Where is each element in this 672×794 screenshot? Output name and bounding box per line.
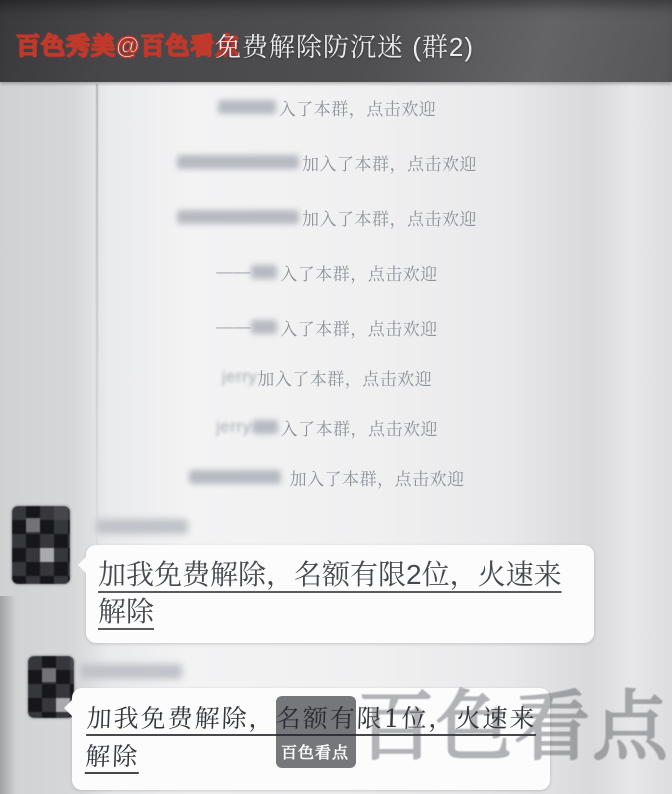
member-name-prefix: jerry: [222, 367, 258, 387]
system-message[interactable]: jerry 加入了本群，点击欢迎: [92, 366, 562, 388]
member-name-prefix: jerry: [216, 417, 252, 437]
system-message-list: 入了本群，点击欢迎 加入了本群，点击欢迎 加入了本群，点击欢迎 —— 入了本群，…: [92, 96, 562, 516]
system-message-text: 加入了本群，点击欢迎: [302, 150, 477, 175]
system-message-text: 入了本群，点击欢迎: [279, 95, 437, 120]
system-message-text: 加入了本群，点击欢迎: [302, 205, 477, 230]
redacted-sender-name: [80, 664, 182, 679]
system-message-text: 加入了本群，点击欢迎: [257, 365, 432, 390]
watermark-big-text: 百色看点: [358, 688, 672, 768]
chat-screenshot: 百色秀美@百色看点 免费解除防沉迷 (群2) 入了本群，点击欢迎 加入了本群，点…: [0, 0, 672, 794]
system-message[interactable]: 加入了本群，点击欢迎: [92, 206, 562, 228]
redacted-name: [252, 420, 278, 434]
system-message[interactable]: —— 入了本群，点击欢迎: [92, 316, 562, 338]
system-message-text: 入了本群，点击欢迎: [280, 315, 438, 340]
system-message[interactable]: 加入了本群，点击欢迎: [92, 151, 562, 173]
redacted-name: [251, 320, 277, 334]
member-name-prefix: ——: [216, 262, 251, 282]
redacted-sender-name: [96, 519, 188, 534]
system-message-text: 入了本群，点击欢迎: [281, 415, 439, 440]
redacted-name: [251, 265, 277, 279]
system-message[interactable]: 加入了本群，点击欢迎: [92, 466, 562, 488]
message-text: 加我免费解除，名额有限2位，火速来解除: [98, 556, 582, 630]
system-message[interactable]: 入了本群，点击欢迎: [92, 96, 562, 118]
watermark-badge: 百色秀美@百色看点: [16, 26, 240, 61]
scan-corner-shadow: [0, 596, 16, 794]
redacted-name: [177, 210, 299, 224]
chat-title: 免费解除防沉迷 (群2): [215, 27, 474, 64]
watermark-logo-label: 百色看点: [281, 740, 349, 763]
chat-bubble[interactable]: 加我免费解除，名额有限2位，火速来解除: [86, 545, 594, 643]
member-name-prefix: ——: [216, 317, 251, 337]
system-message[interactable]: jerry 入了本群，点击欢迎: [92, 416, 562, 438]
system-message[interactable]: —— 入了本群，点击欢迎: [92, 261, 562, 283]
redacted-name: [177, 155, 299, 169]
sender-avatar[interactable]: [12, 506, 70, 584]
watermark-logo-square: 百色看点: [276, 696, 356, 768]
system-message-text: 加入了本群，点击欢迎: [284, 465, 464, 490]
system-message-text: 入了本群，点击欢迎: [280, 260, 438, 285]
redacted-name: [189, 470, 281, 484]
redacted-name: [218, 100, 276, 114]
chat-header: 百色秀美@百色看点 免费解除防沉迷 (群2): [0, 0, 672, 82]
